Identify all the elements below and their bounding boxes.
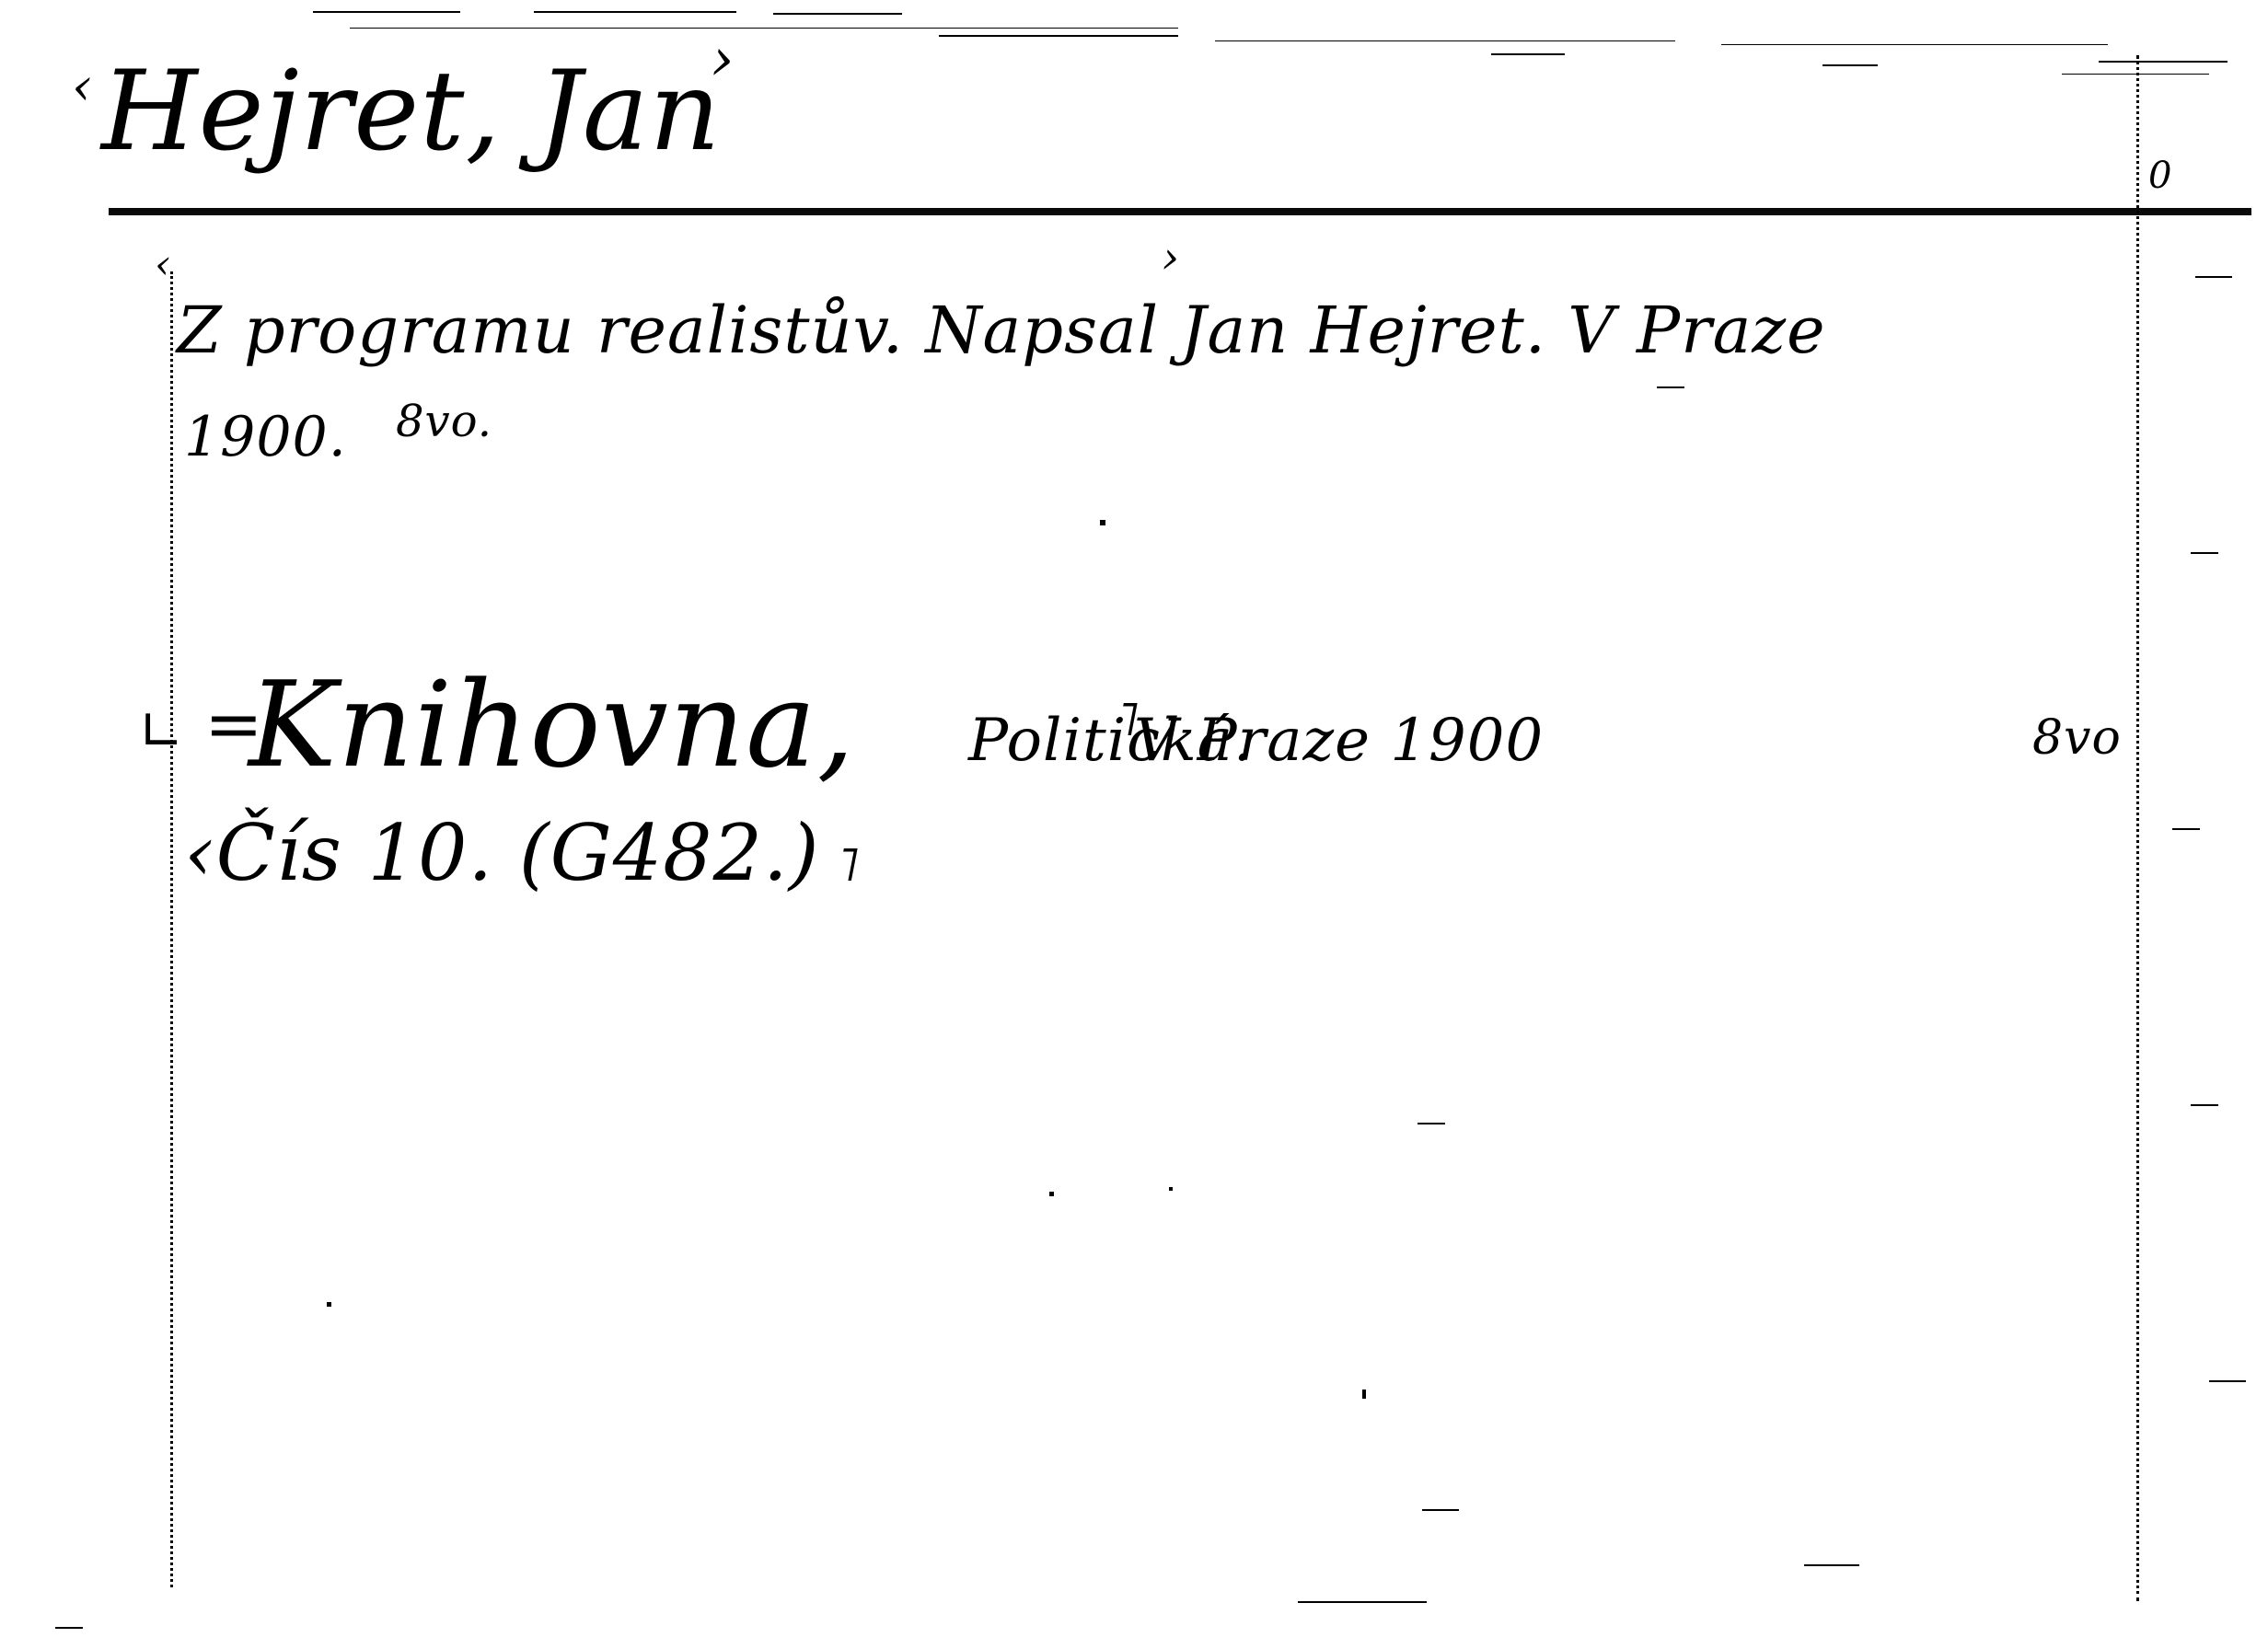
entry-close-mark: › bbox=[1162, 232, 1180, 283]
scan-speck bbox=[1417, 1123, 1445, 1124]
scan-speck bbox=[1362, 1390, 1366, 1399]
entry-title-line: Z programu realistův. Napsal Jan Hejret.… bbox=[177, 293, 1826, 368]
scan-speck bbox=[327, 1302, 331, 1307]
series-number-close: ˥ bbox=[836, 837, 861, 893]
series-title: Knihovna, bbox=[249, 657, 855, 794]
scan-speck bbox=[2172, 828, 2200, 830]
right-margin-line bbox=[2136, 55, 2139, 1601]
scan-speck bbox=[2191, 552, 2218, 554]
entry-format: 8vo. bbox=[396, 396, 492, 447]
corner-number: 0 bbox=[2148, 155, 2172, 197]
scan-speck bbox=[1422, 1509, 1459, 1511]
series-format: 8vo bbox=[2032, 710, 2122, 766]
scan-speck bbox=[2195, 276, 2232, 278]
scan-speck bbox=[1100, 520, 1105, 525]
scan-speck bbox=[1049, 1192, 1054, 1196]
heading-author: Hejret, Jan bbox=[101, 48, 722, 176]
scan-speck bbox=[1298, 1601, 1427, 1603]
catalog-card: ‹ Hejret, Jan › 0 ‹ › Z programu realist… bbox=[0, 0, 2268, 1649]
heading-close-mark: › bbox=[711, 26, 735, 94]
scan-speck bbox=[1657, 386, 1684, 388]
scan-speck bbox=[1169, 1187, 1173, 1191]
scan-speck bbox=[1804, 1564, 1859, 1566]
entry-open-mark: ‹ bbox=[155, 241, 172, 288]
series-place-year: V Praze 1900 bbox=[1134, 707, 1544, 775]
series-margin-mark: ∟ bbox=[138, 699, 185, 764]
scan-speck bbox=[2191, 1104, 2218, 1106]
entry-year: 1900. bbox=[184, 405, 347, 469]
scan-speck bbox=[2209, 1380, 2246, 1382]
series-number: ‹Čís 10. (G482.) bbox=[184, 808, 820, 898]
heading-rule bbox=[109, 208, 2251, 215]
heading-open-mark: ‹ bbox=[72, 57, 93, 117]
scan-speck bbox=[55, 1627, 83, 1629]
left-margin-line bbox=[170, 271, 173, 1587]
